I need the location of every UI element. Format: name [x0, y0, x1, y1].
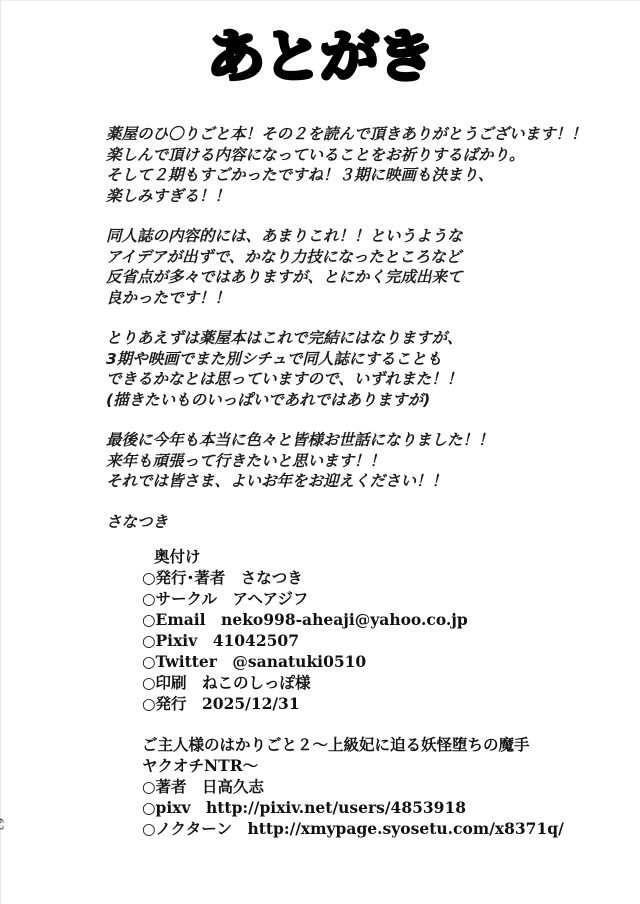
text-line: できるかなとは思っていますので、いずれまた！！ [106, 369, 526, 390]
text-line: 良かったです！！ [106, 288, 526, 309]
afterword-paragraph-2: 同人誌の内容的には、あまりこれ！！というような アイデアが出ずで、かなり力技にな… [106, 226, 526, 308]
colophon-heading: 奥付け [142, 546, 542, 567]
text-line: そして２期もすごかったですね！３期に映画も決まり、 [106, 165, 526, 186]
afterword-paragraph-3: とりあえずは薬屋本はこれで完結にはなりますが、 3期や映画でまた別シチュで同人誌… [106, 328, 526, 410]
text-line: 同人誌の内容的には、あまりこれ！！というような [106, 226, 526, 247]
colophon-row-date: ○発行 2025/12/31 [142, 693, 542, 714]
page-title: あとがき [194, 22, 446, 94]
text-line: 来年も頑張って行きたいと思います！！ [106, 451, 526, 472]
colophon: 奥付け ○発行･著者 さなつき ○サークル アヘアジフ ○Email neko9… [142, 546, 542, 839]
colophon-row-publisher: ○発行･著者 さなつき [142, 567, 542, 588]
page-number: 62 [0, 818, 4, 831]
colophon-row-printer: ○印刷 ねこのしっぽ様 [142, 672, 542, 693]
original-row-pixiv: ○pixv http://pixiv.net/users/4853918 [142, 797, 542, 818]
afterword-paragraph-4: 最後に今年も本当に色々と皆様お世話になりました！！ 来年も頑張って行きたいと思い… [106, 430, 526, 492]
colophon-row-email: ○Email neko998-aheaji@yahoo.co.jp [142, 609, 542, 630]
afterword-text: 薬屋のひ〇りごと本！その２を読んで頂きありがとうございます！！ 楽しんで頂ける内… [106, 124, 526, 532]
text-line: (描きたいものいっぱいであれではありますが) [106, 390, 526, 411]
text-line: 楽しんで頂ける内容になっていることをお祈りするばかり。 [106, 145, 526, 166]
author-signature: さなつき [106, 512, 526, 533]
text-line: 3期や映画でまた別シチュで同人誌にすることも [106, 349, 526, 370]
original-row-nocturne: ○ノクターン http://xmypage.syosetu.com/x8371q… [142, 818, 542, 839]
text-line: 楽しみすぎる！！ [106, 186, 526, 207]
text-line: それでは皆さま、よいお年をお迎えください！！ [106, 471, 526, 492]
text-line: 反省点が多々ではありますが、とにかく完成出来て [106, 267, 526, 288]
original-title-line-2: ヤクオチNTR～ [142, 755, 542, 776]
text-line: とりあえずは薬屋本はこれで完結にはなりますが、 [106, 328, 526, 349]
spacer [142, 714, 542, 734]
colophon-row-twitter: ○Twitter @sanatuki0510 [142, 651, 542, 672]
text-line: アイデアが出ずで、かなり力技になったところなど [106, 247, 526, 268]
page-edge-left [0, 0, 1, 904]
text-line: 薬屋のひ〇りごと本！その２を読んで頂きありがとうございます！！ [106, 124, 526, 145]
original-title-line-1: ご主人様のはかりごと２～上級妃に迫る妖怪堕ちの魔手 [142, 734, 542, 755]
page-edge-top [0, 0, 640, 1]
afterword-paragraph-1: 薬屋のひ〇りごと本！その２を読んで頂きありがとうございます！！ 楽しんで頂ける内… [106, 124, 526, 206]
colophon-row-pixiv: ○Pixiv 41042507 [142, 630, 542, 651]
colophon-row-circle: ○サークル アヘアジフ [142, 588, 542, 609]
original-row-author: ○著者 日高久志 [142, 776, 542, 797]
text-line: 最後に今年も本当に色々と皆様お世話になりました！！ [106, 430, 526, 451]
